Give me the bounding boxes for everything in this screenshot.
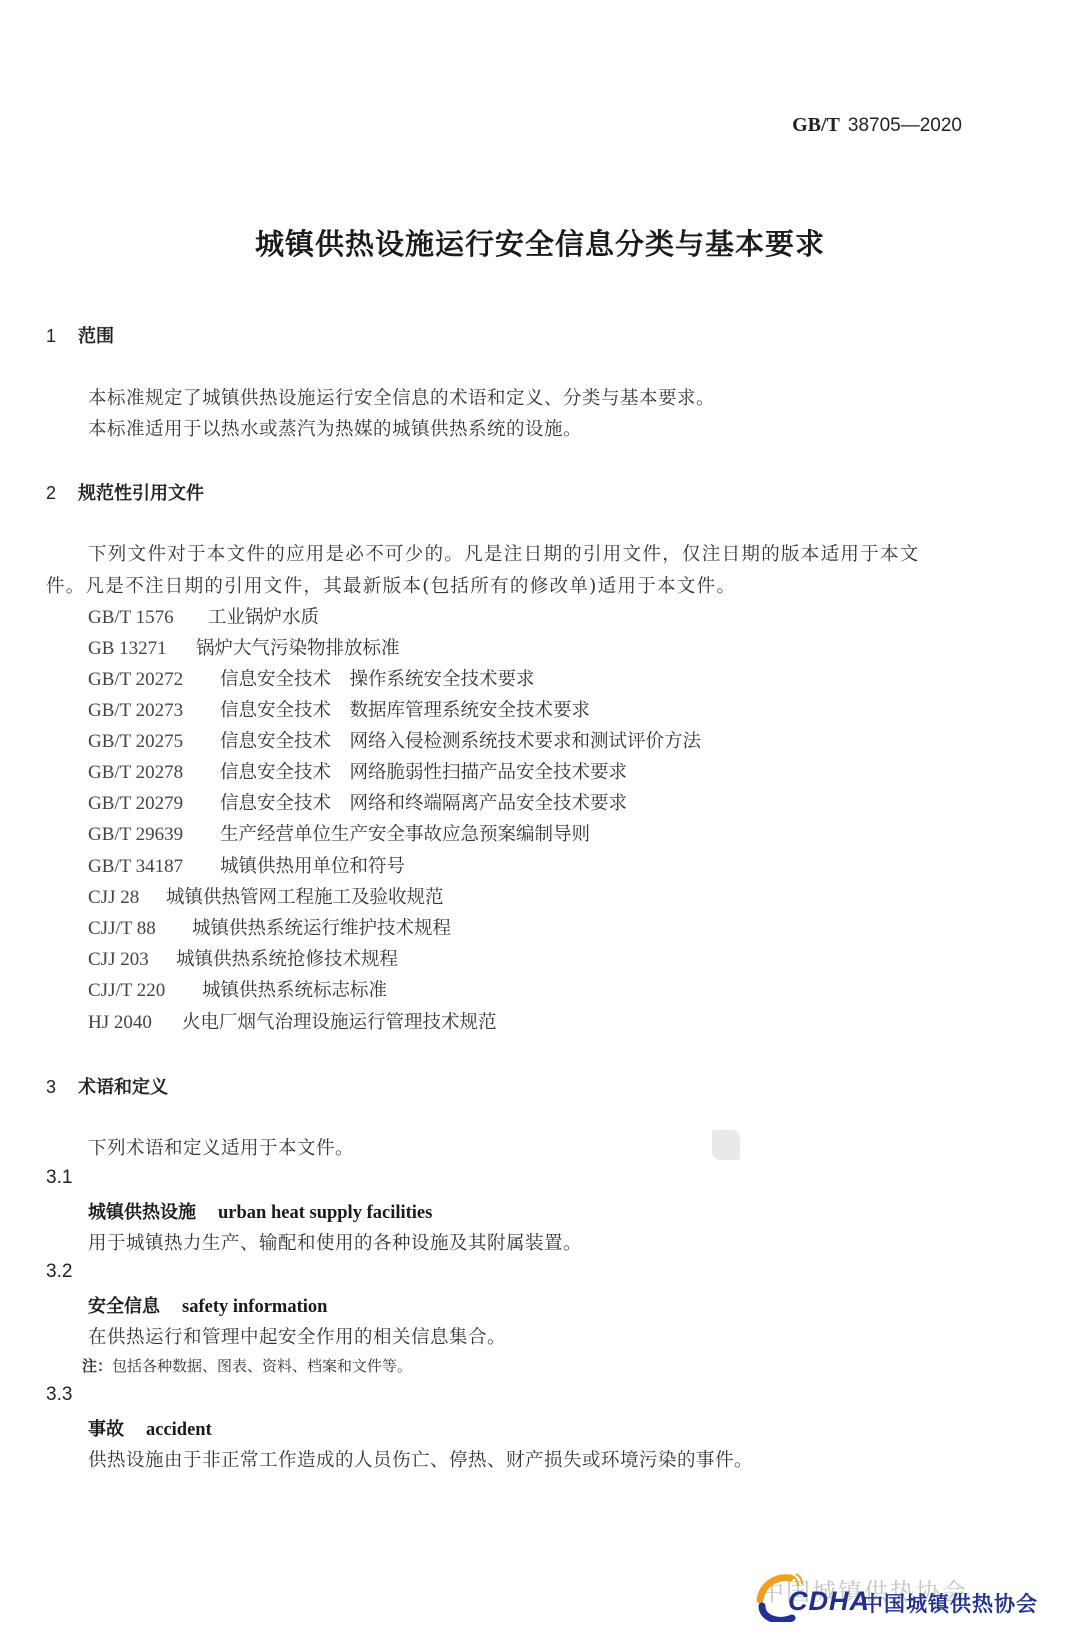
reference-code: CJJ 28 [88,887,166,909]
logo-org-name: 中国城镇供热协会 [862,1588,1038,1618]
logo-abbr: CDHA [788,1586,870,1617]
reference-code: CJJ/T 220 [88,980,202,1002]
standard-code: GB/T38705—2020 [792,114,962,137]
section-title: 范围 [78,326,114,347]
reference-item: GB/T 20272信息安全技术 操作系统安全技术要求 [88,665,535,691]
reference-title: 信息安全技术 网络脆弱性扫描产品安全技术要求 [220,762,627,783]
reference-item: CJJ 203城镇供热系统抢修技术规程 [88,945,398,971]
reference-item: CJJ/T 220城镇供热系统标志标准 [88,976,387,1002]
section-heading-3: 3术语和定义 [46,1073,168,1099]
term-zh: 安全信息 [88,1296,160,1317]
term-zh: 事故 [88,1419,124,1440]
reference-code: GB/T 20273 [88,700,220,722]
reference-code: CJJ 203 [88,949,176,971]
reference-title: 城镇供热系统抢修技术规程 [176,949,398,970]
document-title: 城镇供热设施运行安全信息分类与基本要求 [0,222,1080,263]
cdha-logo: CDHA 中国城镇供热协会 [752,1578,1022,1628]
section-heading-1: 1范围 [46,322,114,348]
section-title: 规范性引用文件 [78,483,204,504]
reference-item: HJ 2040火电厂烟气治理设施运行管理技术规范 [88,1008,497,1034]
reference-item: GB/T 1576工业锅炉水质 [88,603,319,629]
paragraph: 本标准适用于以热水或蒸汽为热媒的城镇供热系统的设施。 [88,415,582,441]
term-entry: 事故accident [88,1415,212,1441]
term-definition: 供热设施由于非正常工作造成的人员伤亡、停热、财产损失或环境污染的事件。 [88,1446,753,1472]
reference-code: GB/T 20278 [88,762,220,784]
note-text: 包括各种数据、图表、资料、档案和文件等。 [112,1357,412,1375]
section-number: 3 [46,1077,78,1098]
reference-item: CJJ/T 88城镇供热系统运行维护技术规程 [88,914,451,940]
paragraph: 下列术语和定义适用于本文件。 [88,1134,354,1160]
term-entry: 安全信息safety information [88,1292,327,1318]
reference-code: GB/T 20275 [88,731,220,753]
reference-item: GB/T 20275信息安全技术 网络入侵检测系统技术要求和测试评价方法 [88,727,701,753]
clause-number: 3.2 [46,1261,72,1283]
term-en: safety information [182,1297,327,1317]
reference-code: GB/T 29639 [88,824,220,846]
reference-title: 信息安全技术 网络和终端隔离产品安全技术要求 [220,793,627,814]
term-en: urban heat supply facilities [218,1203,432,1223]
reference-code: HJ 2040 [88,1012,182,1034]
reference-title: 城镇供热系统标志标准 [202,980,387,1001]
paragraph: 件。凡是不注日期的引用文件，其最新版本(包括所有的修改单)适用于本文件。 [46,572,736,598]
term-definition: 用于城镇热力生产、输配和使用的各种设施及其附属装置。 [88,1229,582,1255]
reference-item: GB/T 29639生产经营单位生产安全事故应急预案编制导则 [88,820,590,846]
reference-item: GB/T 20279信息安全技术 网络和终端隔离产品安全技术要求 [88,789,627,815]
reference-title: 工业锅炉水质 [208,607,319,628]
reference-code: GB/T 1576 [88,607,208,629]
term-entry: 城镇供热设施urban heat supply facilities [88,1198,432,1224]
paragraph: 下列文件对于本文件的应用是必不可少的。凡是注日期的引用文件，仅注日期的版本适用于… [88,540,920,566]
reference-title: 锅炉大气污染物排放标准 [196,638,400,659]
reference-code: CJJ/T 88 [88,918,192,940]
term-en: accident [146,1420,212,1440]
section-number: 1 [46,326,78,347]
term-zh: 城镇供热设施 [88,1202,196,1223]
reference-title: 生产经营单位生产安全事故应急预案编制导则 [220,824,590,845]
reference-title: 信息安全技术 数据库管理系统安全技术要求 [220,700,590,721]
reference-title: 火电厂烟气治理设施运行管理技术规范 [182,1012,497,1033]
term-note: 注：包括各种数据、图表、资料、档案和文件等。 [82,1355,412,1376]
term-definition: 在供热运行和管理中起安全作用的相关信息集合。 [88,1323,506,1349]
reference-item: GB/T 20273信息安全技术 数据库管理系统安全技术要求 [88,696,590,722]
standard-prefix: GB/T [792,114,840,136]
reference-code: GB/T 34187 [88,856,220,878]
reference-code: GB/T 20279 [88,793,220,815]
section-number: 2 [46,483,78,504]
reference-item: GB/T 20278信息安全技术 网络脆弱性扫描产品安全技术要求 [88,758,627,784]
reference-title: 城镇供热管网工程施工及验收规范 [166,887,444,908]
reference-code: GB 13271 [88,638,196,660]
paragraph: 本标准规定了城镇供热设施运行安全信息的术语和定义、分类与基本要求。 [88,384,715,410]
reference-title: 城镇供热系统运行维护技术规程 [192,918,451,939]
note-label: 注： [82,1357,112,1375]
reference-title: 信息安全技术 操作系统安全技术要求 [220,669,535,690]
reference-item: GB/T 34187城镇供热用单位和符号 [88,852,405,878]
reference-item: GB 13271锅炉大气污染物排放标准 [88,634,400,660]
section-heading-2: 2规范性引用文件 [46,479,204,505]
standard-number: 38705—2020 [848,115,962,136]
reference-title: 信息安全技术 网络入侵检测系统技术要求和测试评价方法 [220,731,701,752]
scan-artifact [712,1130,740,1160]
reference-item: CJJ 28城镇供热管网工程施工及验收规范 [88,883,444,909]
reference-code: GB/T 20272 [88,669,220,691]
clause-number: 3.3 [46,1384,72,1406]
section-title: 术语和定义 [78,1077,168,1098]
clause-number: 3.1 [46,1167,72,1189]
reference-title: 城镇供热用单位和符号 [220,856,405,877]
